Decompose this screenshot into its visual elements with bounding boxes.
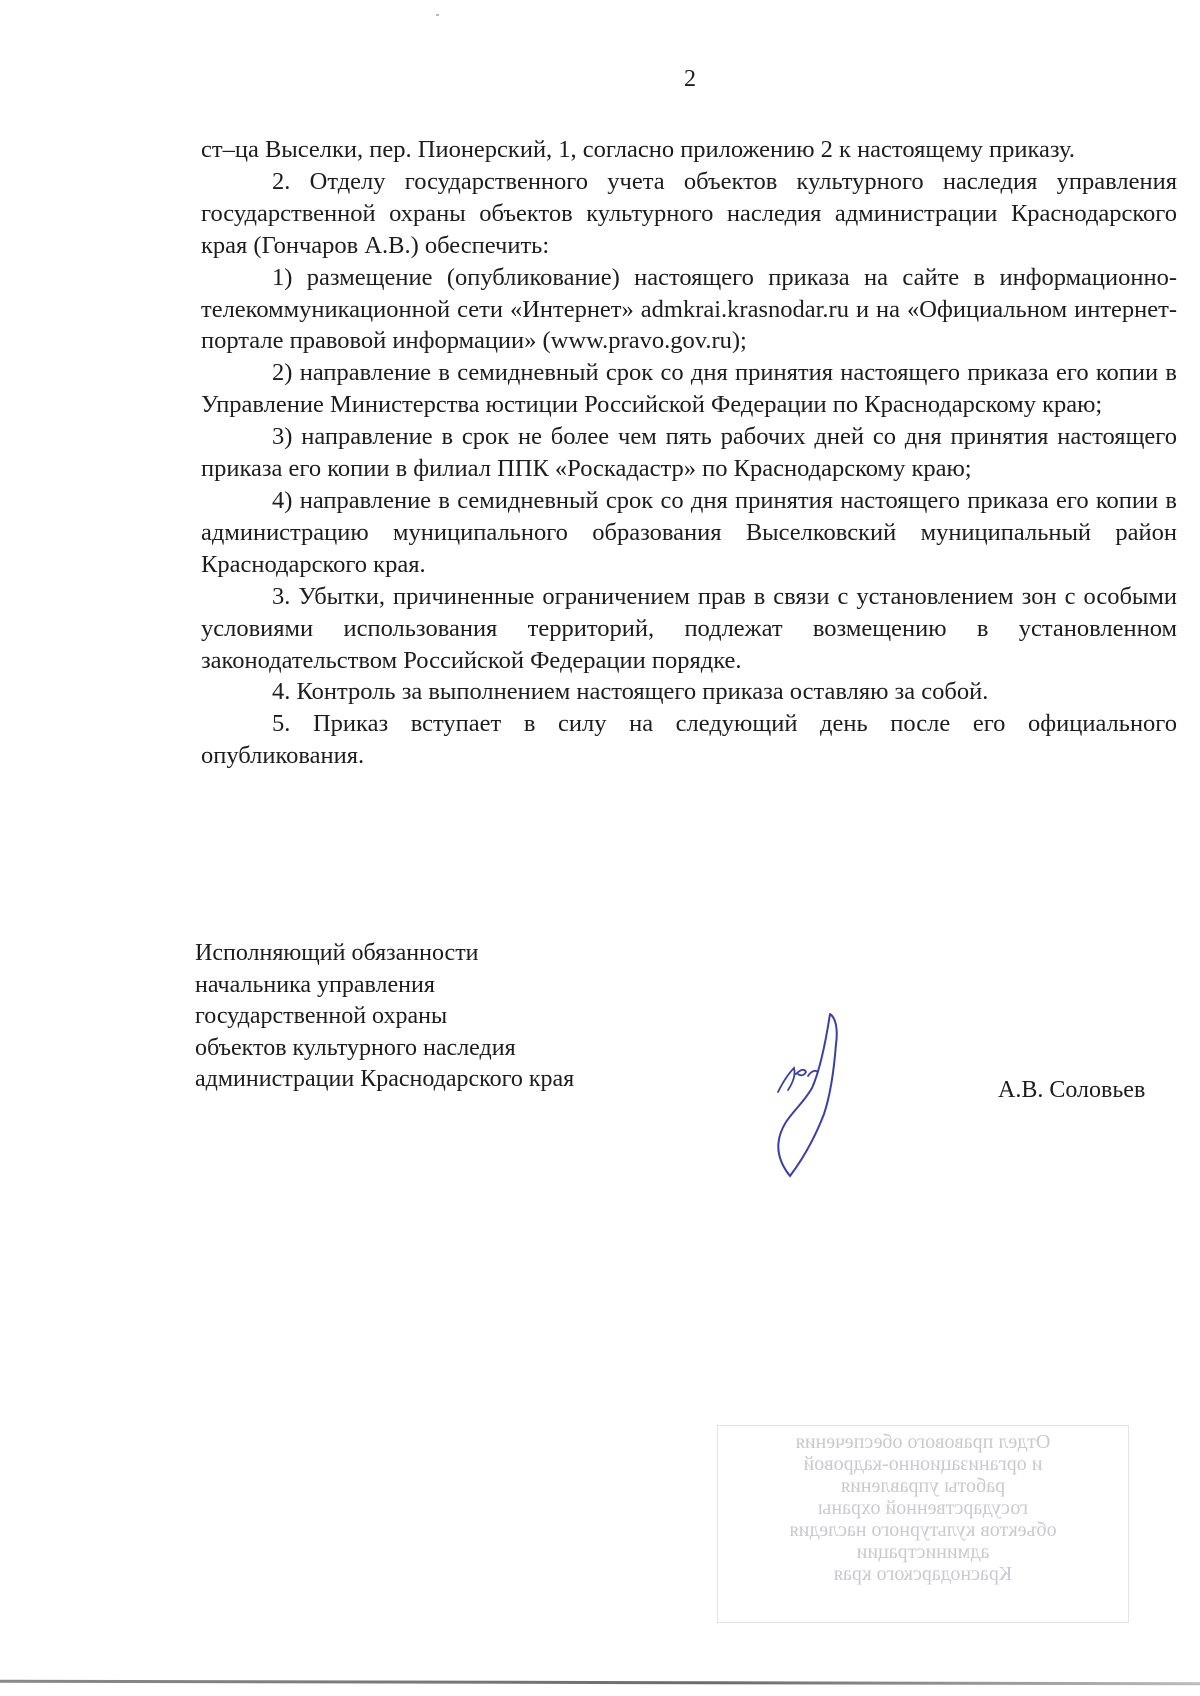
position-line: администрации Краснодарского края <box>195 1064 574 1096</box>
paragraph: 1) размещение (опубликование) настоящего… <box>201 262 1177 358</box>
paragraph: 2. Отделу государственного учета объекто… <box>201 166 1177 262</box>
position-line: государственной охраны <box>195 1001 574 1033</box>
stamp-line: объектов культурного наследия <box>718 1519 1128 1541</box>
document-body: ст–ца Выселки, пер. Пионерский, 1, согла… <box>201 134 1177 772</box>
position-line: объектов культурного наследия <box>195 1033 574 1065</box>
paragraph: 5. Приказ вступает в силу на следующий д… <box>201 708 1177 772</box>
stamp-line: государственной охраны <box>718 1497 1128 1519</box>
stamp-line: администрации <box>718 1541 1128 1563</box>
paragraph: ст–ца Выселки, пер. Пионерский, 1, согла… <box>201 134 1177 166</box>
paragraph: 4) направление в семидневный срок со дня… <box>201 485 1177 581</box>
scan-artifact <box>436 14 439 16</box>
signatory-name: А.В. Соловьев <box>998 1077 1145 1104</box>
stamp-line: Отдел правового обеспечения <box>718 1431 1128 1453</box>
handwritten-signature-icon <box>768 1010 858 1185</box>
signatory-position: Исполняющий обязанности начальника управ… <box>195 938 574 1096</box>
paragraph: 2) направление в семидневный срок со дня… <box>201 357 1177 421</box>
stamp-line: и организационно-кадровой <box>718 1453 1128 1475</box>
position-line: Исполняющий обязанности <box>195 938 574 970</box>
position-line: начальника управления <box>195 970 574 1002</box>
page-number: 2 <box>0 66 1200 93</box>
stamp-line: Краснодарского края <box>718 1563 1128 1585</box>
stamp-line: работы управления <box>718 1475 1128 1497</box>
paragraph: 3. Убытки, причиненные ограничением прав… <box>201 581 1177 677</box>
paragraph: 3) направление в срок не более чем пять … <box>201 421 1177 485</box>
paragraph: 4. Контроль за выполнением настоящего пр… <box>201 676 1177 708</box>
page-bottom-edge <box>0 1680 1200 1686</box>
approval-stamp-mirrored: Отдел правового обеспечения и организаци… <box>717 1425 1129 1623</box>
